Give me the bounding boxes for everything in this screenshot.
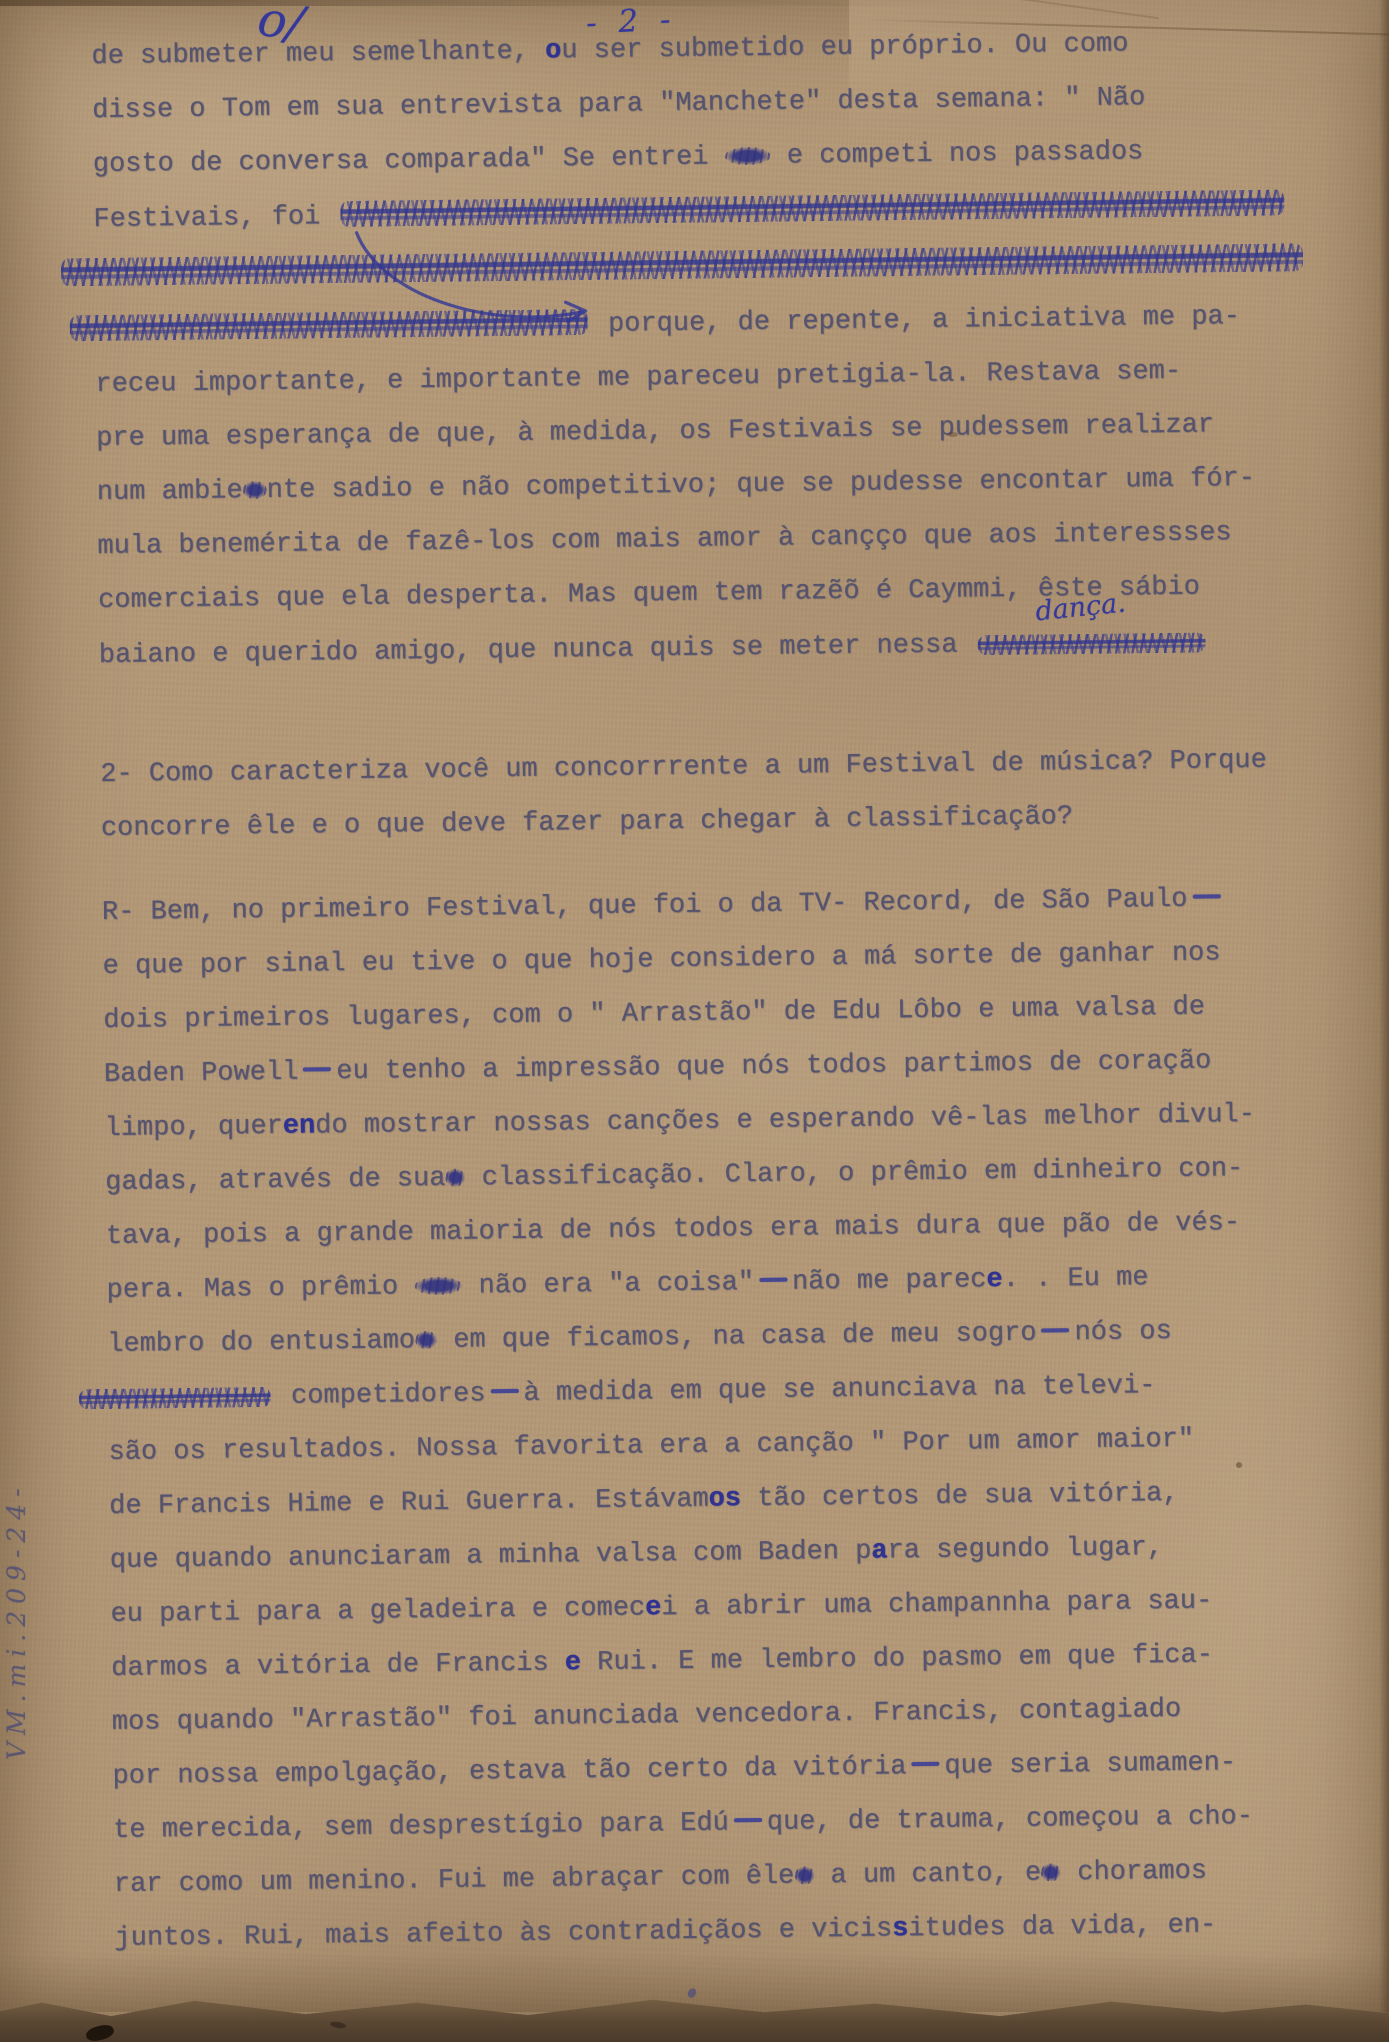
pen-dash — [1192, 894, 1220, 898]
typed-text: i a abrir uma champannha para sau- — [661, 1586, 1212, 1623]
typed-line: R- Bem, no primeiro Festival, que foi o … — [102, 884, 1226, 928]
typed-text: eu tenho a impressão que nós todos parti… — [336, 1046, 1211, 1087]
ink-blot — [415, 1331, 437, 1349]
typed-line: Festivais, foi — [93, 189, 1288, 235]
typed-text: por nossa empolgação, estava tão certo d… — [112, 1752, 906, 1792]
typed-text: gadas, através de sua — [105, 1164, 446, 1198]
typed-line: mula benemérita de fazê-los com mais amo… — [97, 518, 1231, 562]
ink-blot — [1041, 1863, 1061, 1881]
ink-blot — [794, 1866, 814, 1884]
typed-text: que quando anunciaram a minha valsa com … — [110, 1537, 872, 1576]
overtyped-text: os — [708, 1484, 741, 1514]
pen-dash — [490, 1389, 518, 1393]
typed-line: porque, de repente, a iniciativa me pa- — [66, 301, 1240, 346]
typed-text: receu importante, e importante me parece… — [95, 357, 1181, 400]
typed-text: lembro do entusiamo — [107, 1326, 415, 1360]
typed-line: num ambiente sadio e não competitivo; qu… — [97, 464, 1255, 508]
typed-text: classificação. Claro, o prêmio em dinhei… — [465, 1154, 1243, 1193]
typed-line — [57, 243, 1307, 291]
typed-text: e que por sinal eu tive o que hoje consi… — [102, 938, 1220, 982]
ink-scribble — [70, 309, 588, 341]
typed-line: lembro do entusiamo em que ficamos, na c… — [107, 1317, 1172, 1360]
typed-line: receu importante, e importante me parece… — [95, 357, 1181, 400]
typed-line: tava, pois a grande maioria de nós todos… — [106, 1208, 1240, 1252]
typed-line: são os resultados. Nossa favorita era a … — [108, 1425, 1194, 1468]
typed-line: gadas, através de sua classificação. Cla… — [105, 1154, 1243, 1198]
typed-line: de submeter meu semelhante, ou ser subme… — [91, 29, 1128, 72]
ink-scribble — [340, 189, 1284, 227]
overtyped-text: e — [565, 1648, 582, 1678]
overtyped-text: en — [283, 1111, 316, 1141]
pen-dash — [1041, 1328, 1069, 1332]
typed-line: pre uma esperança de que, à medida, os F… — [96, 410, 1214, 454]
typed-text: juntos. Rui, mais afeito às contradiçãos… — [114, 1914, 892, 1953]
typed-line: disse o Tom em sua entrevista para "Manc… — [92, 83, 1145, 126]
typed-text: ra segundo lugar, — [887, 1533, 1163, 1566]
pen-dash — [734, 1818, 762, 1822]
typed-text: nte sadio e não competitivo; que se pude… — [266, 464, 1255, 506]
typed-line: darmos a vitória de Francis e Rui. E me … — [111, 1640, 1213, 1683]
typed-text: concorre êle e o que deve fazer para che… — [101, 802, 1073, 844]
typed-text: Rui. E me lembro do pasmo em que fica- — [581, 1640, 1213, 1678]
typed-text: que seria sumamen- — [944, 1748, 1236, 1782]
overtyped-text: o — [545, 36, 562, 66]
typed-text: que, de trauma, começou a cho- — [767, 1802, 1253, 1838]
typed-line: baiano e querido amigo, que nunca quis s… — [99, 627, 1210, 671]
typed-line: limpo, querendo mostrar nossas canções e… — [104, 1100, 1255, 1144]
typed-text: baiano e querido amigo, que nunca quis s… — [99, 630, 974, 671]
overtyped-text: s — [892, 1914, 909, 1944]
typed-line: por nossa empolgação, estava tão certo d… — [112, 1748, 1236, 1792]
paper-speck — [1236, 1462, 1242, 1468]
overtyped-text: a — [871, 1536, 888, 1566]
ink-blot — [725, 147, 771, 166]
typed-line: mos quando "Arrastão" foi anunciada venc… — [112, 1695, 1182, 1738]
typed-text: são os resultados. Nossa favorita era a … — [108, 1425, 1194, 1468]
typed-text: num ambie — [97, 476, 243, 508]
ink-scribble — [978, 632, 1206, 655]
typed-text: porque, de repente, a iniciativa me pa- — [592, 302, 1240, 340]
typed-text: e competi nos passados — [770, 137, 1143, 172]
typed-text: mos quando "Arrastão" foi anunciada venc… — [112, 1695, 1182, 1738]
typed-text: te merecida, sem desprestígio para Edú — [113, 1808, 729, 1846]
typed-text: em que ficamos, na casa de meu sogro — [437, 1319, 1037, 1356]
ink-scribble — [61, 243, 1303, 286]
typed-text: rar como um menino. Fui me abraçar com ê… — [114, 1862, 795, 1900]
typed-text: de submeter meu semelhante, — [91, 36, 545, 72]
typed-line: rar como um menino. Fui me abraçar com ê… — [114, 1857, 1207, 1900]
typed-text: . . Eu me — [1002, 1263, 1148, 1295]
typed-line: juntos. Rui, mais afeito às contradiçãos… — [114, 1910, 1216, 1953]
ink-blot — [445, 1169, 465, 1187]
manuscript-page: - 2 - o/ dança. de submeter meu semelhan… — [0, 0, 1389, 2042]
typed-text: u ser submetido eu próprio. Ou como — [561, 29, 1128, 66]
typed-text: itudes da vida, en- — [908, 1910, 1216, 1944]
typed-text: competidores — [275, 1379, 486, 1412]
typed-text: Festivais, foi — [93, 202, 336, 235]
typed-line: eu parti para a geladeira e comecei a ab… — [110, 1586, 1212, 1629]
typed-text: a um canto, e — [814, 1859, 1041, 1892]
typed-text: disse o Tom em sua entrevista para "Manc… — [92, 83, 1145, 126]
typed-line: de Francis Hime e Rui Guerra. Estávamos … — [109, 1479, 1179, 1522]
overtyped-text: e — [986, 1265, 1003, 1295]
typed-text: R- Bem, no primeiro Festival, que foi o … — [102, 885, 1188, 928]
typed-line: 2- Como caracteriza você um concorrrente… — [100, 746, 1267, 790]
overtyped-text: e — [645, 1593, 662, 1623]
typed-line: Baden Powelleu tenho a impressão que nós… — [104, 1046, 1212, 1090]
typed-text: nós os — [1074, 1317, 1172, 1348]
typed-text: tava, pois a grande maioria de nós todos… — [106, 1208, 1240, 1252]
typed-text: 2- Como caracteriza você um concorrrente… — [100, 746, 1267, 790]
typed-line: te merecida, sem desprestígio para Edúqu… — [113, 1802, 1253, 1846]
typed-line: competidoresà medida em que se anunciava… — [75, 1371, 1156, 1414]
ink-blot — [414, 1277, 462, 1296]
typed-text-block: - 2 - o/ dança. de submeter meu semelhan… — [0, 0, 1389, 2042]
typed-text: do mostrar nossas canções e esperando vê… — [315, 1100, 1255, 1141]
pen-dash — [911, 1762, 939, 1766]
typed-text: de Francis Hime e Rui Guerra. Estávam — [109, 1485, 709, 1522]
typed-line: concorre êle e o que deve fazer para che… — [101, 802, 1073, 844]
typed-text: darmos a vitória de Francis — [111, 1648, 565, 1684]
typed-text: dois primeiros lugares, com o " Arrastão… — [103, 993, 1205, 1036]
typed-text: mula benemérita de fazê-los com mais amo… — [97, 518, 1231, 562]
typed-text: tão certos de sua vitória, — [741, 1479, 1179, 1514]
typed-line: dois primeiros lugares, com o " Arrastão… — [103, 993, 1205, 1036]
pen-dash — [303, 1067, 331, 1071]
typed-line: gosto de conversa comparada" Se entrei e… — [93, 137, 1144, 180]
typed-line: que quando anunciaram a minha valsa com … — [110, 1533, 1163, 1576]
ink-scribble — [79, 1387, 271, 1409]
typed-text: à medida em que se anunciava na televi- — [523, 1371, 1155, 1409]
ink-blot — [243, 481, 267, 499]
typed-text: não era "a coisa" — [462, 1268, 754, 1302]
typed-line: e que por sinal eu tive o que hoje consi… — [102, 938, 1220, 982]
typed-text: Baden Powell — [104, 1058, 299, 1090]
typed-text: gosto de conversa comparada" Se entrei — [93, 142, 725, 180]
typed-line: pera. Mas o prêmio não era "a coisa"não … — [106, 1263, 1148, 1306]
typed-text: pre uma esperança de que, à medida, os F… — [96, 410, 1214, 454]
typed-text: choramos — [1061, 1857, 1207, 1889]
paper-speck — [948, 432, 958, 437]
typed-text: pera. Mas o prêmio — [106, 1272, 414, 1306]
typed-text: não me parec — [792, 1265, 987, 1297]
typed-text: eu parti para a geladeira e comec — [110, 1593, 645, 1630]
pen-dash — [759, 1278, 787, 1282]
margin-archive-annotation: VM.mi.209-24- — [2, 1140, 31, 1760]
typed-text: limpo, quer — [104, 1112, 283, 1144]
